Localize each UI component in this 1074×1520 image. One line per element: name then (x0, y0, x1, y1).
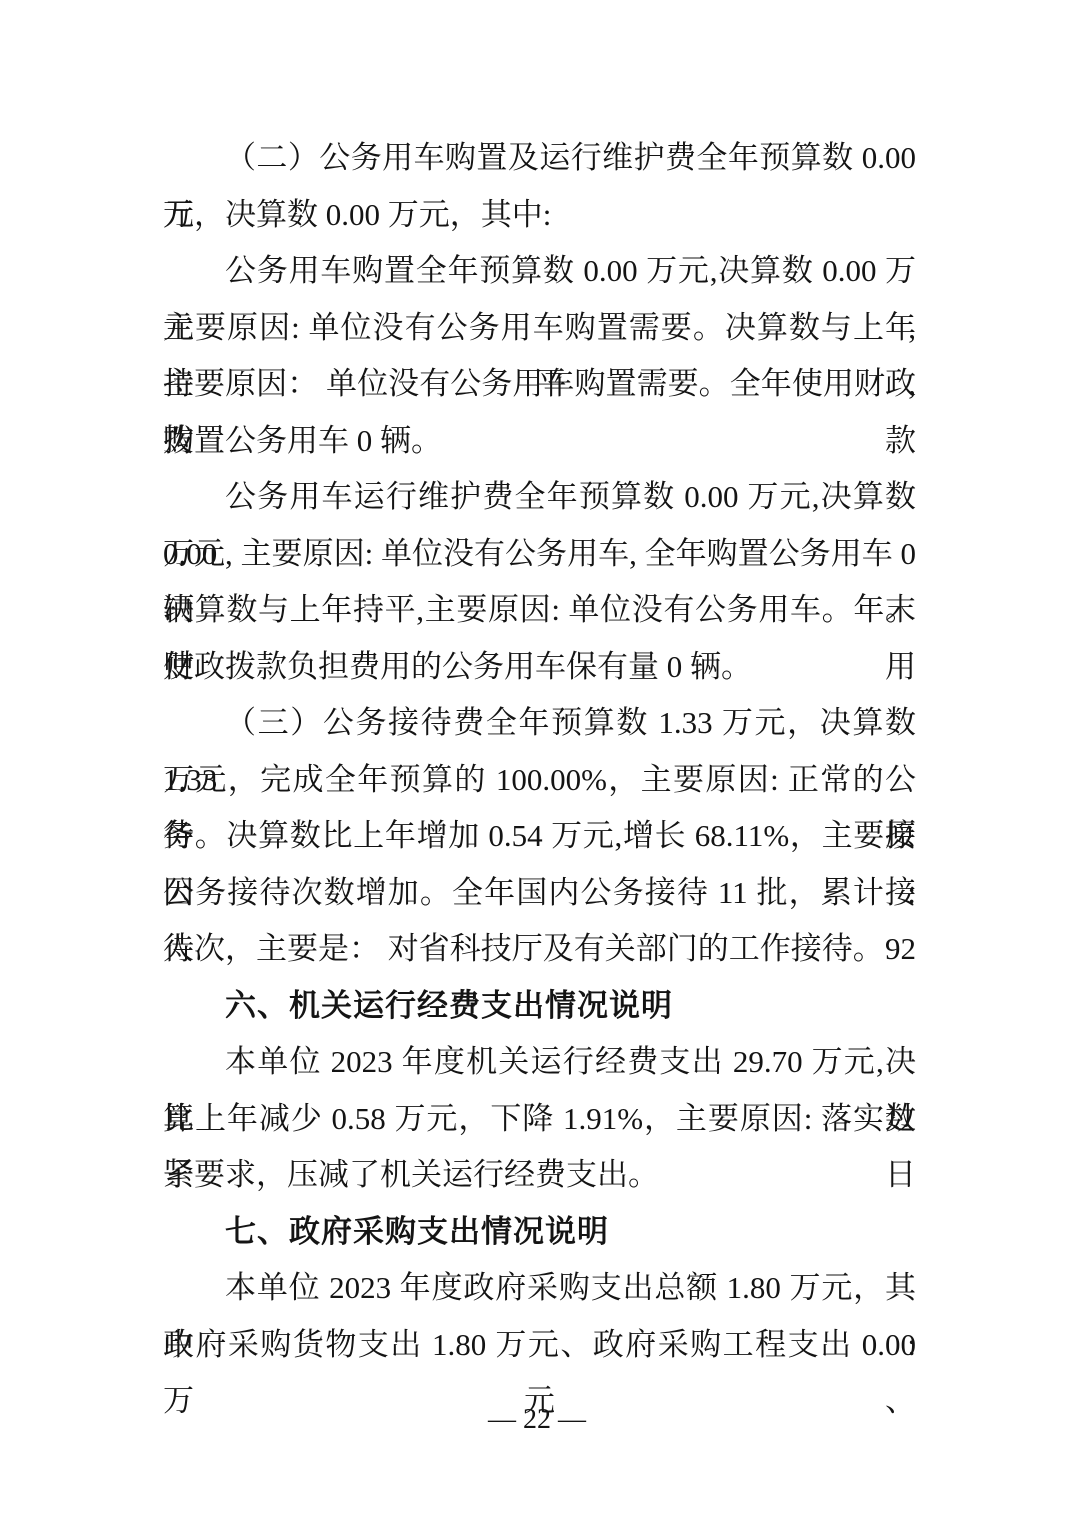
para-line: 万元, 主要原因: 单位没有公务用车, 全年购置公务用车 0 辆。 (163, 526, 916, 583)
para-line: 待。决算数比上年增加 0.54 万元,增长 68.11%，主要原因: (163, 808, 916, 865)
para-line: 万元，完成全年预算的 100.00%，主要原因: 正常的公务接 (163, 752, 916, 809)
para-line: 公务用车运行维护费全年预算数 0.00 万元,决算数 0.00 (163, 469, 916, 526)
page-body-text: （二）公务用车购置及运行维护费全年预算数 0.00 万 元，决算数 0.00 万… (163, 130, 916, 1373)
para-line: 主要原因： 单位没有公务用车购置需要。全年使用财政拨款 (163, 356, 916, 413)
para-line: 公务接待次数增加。全年国内公务接待 11 批，累计接待 92 (163, 865, 916, 922)
para-line: 本单位 2023 年度政府采购支出总额 1.80 万元，其中: (163, 1260, 916, 1317)
section-heading-7: 七、政府采购支出情况说明 (163, 1204, 916, 1261)
page-number: — 22 — (0, 1404, 1074, 1436)
para-line: 人次，主要是： 对省科技厅及有关部门的工作接待。 (163, 921, 916, 978)
document-page: （二）公务用车购置及运行维护费全年预算数 0.00 万 元，决算数 0.00 万… (0, 0, 1074, 1520)
para-line: 元，决算数 0.00 万元，其中: (163, 187, 916, 244)
para-line: 比上年减少 0.58 万元，下降 1.91%，主要原因: 落实过紧日 (163, 1091, 916, 1148)
para-line: 公务用车购置全年预算数 0.00 万元,决算数 0.00 万元, (163, 243, 916, 300)
para-line: 本单位 2023 年度机关运行经费支出 29.70 万元,决算数 (163, 1034, 916, 1091)
para-line: 决算数与上年持平,主要原因: 单位没有公务用车。年末使用 (163, 582, 916, 639)
para-line: 政府采购货物支出 1.80 万元、政府采购工程支出 0.00 万元、 (163, 1317, 916, 1374)
para-line: （二）公务用车购置及运行维护费全年预算数 0.00 万 (163, 130, 916, 187)
section-heading-6: 六、机关运行经费支出情况说明 (163, 978, 916, 1035)
para-line: 主要原因: 单位没有公务用车购置需要。决算数与上年持平, (163, 300, 916, 357)
para-line: （三）公务接待费全年预算数 1.33 万元，决算数 1.33 (163, 695, 916, 752)
